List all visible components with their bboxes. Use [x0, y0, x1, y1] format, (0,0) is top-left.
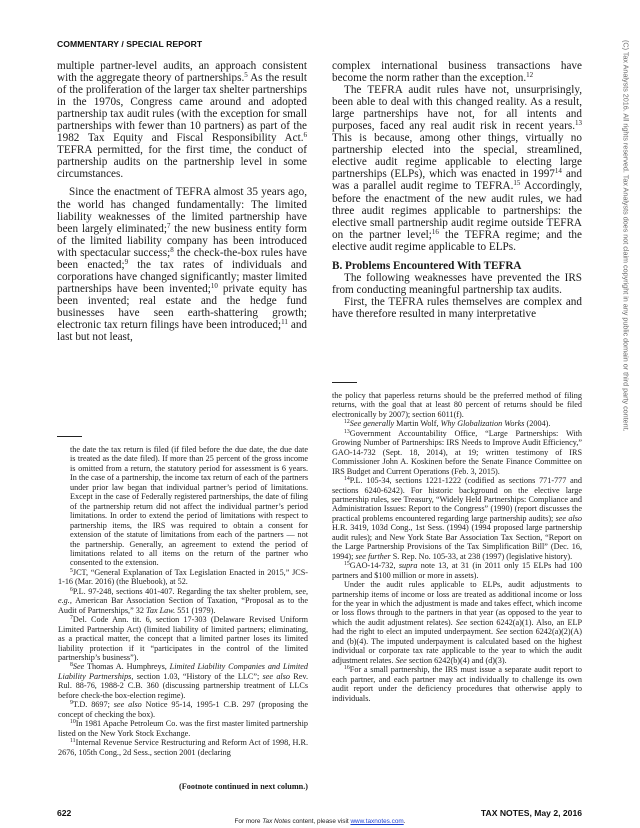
footnote-continuation: the date the tax return is filed (if fil… [70, 445, 308, 568]
footnote-15-paragraph: Under the audit rules applicable to ELPs… [332, 580, 582, 665]
right-footnotes: the policy that paperless returns should… [332, 391, 582, 703]
footnote-italic: see further [355, 552, 390, 561]
body-paragraph: First, the TEFRA rules themselves are co… [332, 296, 582, 320]
promo-text: content, please visit [291, 818, 351, 825]
footnote-text: Thomas A. Humphreys, [84, 662, 169, 671]
body-paragraph: Since the enactment of TEFRA almost 35 y… [57, 186, 307, 343]
section-heading: B. Problems Encountered With TEFRA [332, 260, 582, 272]
footnote-text: Government Accountability Office, “Large… [332, 429, 582, 476]
footnote-ref[interactable]: 6 [304, 131, 308, 139]
body-text: complex international business transacti… [332, 60, 582, 84]
footnote-text: , section 1.03, “History of the LLC”; [131, 672, 262, 681]
body-paragraph: multiple partner-level audits, an approa… [57, 60, 307, 180]
footnote-text: JCT, “General Explanation of Tax Legisla… [58, 568, 308, 586]
footnote-text: Internal Revenue Service Restructuring a… [58, 738, 308, 756]
copyright-watermark: (C) Tax Analysts 2016. All rights reserv… [622, 40, 631, 432]
footnote-italic: Tax Law. [146, 606, 175, 615]
footnote-6: 6P.L. 97-248, sections 401-407. Regardin… [58, 587, 308, 615]
footnote-ref[interactable]: 10 [211, 282, 218, 290]
footnote-continuation: the policy that paperless returns should… [332, 391, 582, 419]
footnote-italic: See [73, 662, 84, 671]
promo-text: . [404, 818, 406, 825]
footnote-13: 13Government Accountability Office, “Lar… [332, 429, 582, 476]
promo-brand: Tax Notes [262, 818, 291, 825]
footnote-italic: see also [114, 700, 142, 709]
site-promo: For more Tax Notes content, please visit… [0, 818, 640, 825]
left-column: multiple partner-level audits, an approa… [57, 60, 307, 343]
footnote-italic: supra [399, 561, 418, 570]
footnote-italic: See [496, 627, 507, 636]
footnote-italic: See [456, 618, 467, 627]
footnote-10: 10In 1981 Apache Petroleum Co. was the f… [58, 719, 308, 738]
footnote-italic: See [395, 656, 406, 665]
footnote-text: 551 (1979). [175, 606, 215, 615]
promo-text: For more [235, 818, 263, 825]
footnote-8: 8See Thomas A. Humphreys, Limited Liabil… [58, 662, 308, 700]
footnote-12: 12See generally Martin Wolf, Why Globali… [332, 419, 582, 428]
footnote-text: S. Rep. No. 105-33, at 238 (1997) (legis… [391, 552, 572, 561]
footnote-ref[interactable]: 14 [555, 167, 562, 175]
footnote-divider [332, 382, 357, 383]
page-number: 622 [57, 808, 71, 818]
document-page: COMMENTARY / SPECIAL REPORT multiple par… [0, 0, 640, 828]
footnote-italic: see also [556, 514, 582, 523]
footnote-text: For a small partnership, the IRS must is… [332, 665, 582, 702]
body-text: TEFRA per­mitted, for the first time, th… [57, 144, 307, 180]
footnote-text: GAO-14-732, [350, 561, 399, 570]
taxnotes-link[interactable]: www.taxnotes.com [350, 818, 403, 825]
footnote-ref[interactable]: 13 [575, 119, 582, 127]
footnote-16: 16For a small partnership, the IRS must … [332, 665, 582, 703]
footnote-italic: See generally [350, 419, 394, 428]
footnote-text: P.L. 97-248, sections 401-407. Regarding… [73, 587, 308, 596]
footnote-ref[interactable]: 16 [432, 228, 439, 236]
publication-date: TAX NOTES, May 2, 2016 [481, 808, 582, 818]
footnote-continued-label: (Footnote continued in next column.) [150, 782, 308, 791]
footnote-text: section 6242(b)(4) and (d)(3). [407, 656, 507, 665]
footnote-italic: Why Globalization Works [441, 419, 525, 428]
body-paragraph: complex international business transacti… [332, 60, 582, 84]
footnote-7: 7Del. Code Ann. tit. 6, section 17-303 (… [58, 615, 308, 662]
footnote-5: 5JCT, “General Explanation of Tax Legisl… [58, 568, 308, 587]
footnote-ref[interactable]: 11 [281, 318, 288, 326]
footnote-ref[interactable]: 12 [526, 71, 533, 79]
body-paragraph: The TEFRA audit rules have not, unsurpri… [332, 84, 582, 253]
left-footnotes: the date the tax return is filed (if fil… [70, 445, 308, 757]
footnote-15: 15GAO-14-732, supra note 13, at 31 (in 2… [332, 561, 582, 580]
footnote-italic: e.g. [58, 596, 70, 605]
running-head: COMMENTARY / SPECIAL REPORT [57, 39, 202, 49]
left-column-body: multiple partner-level audits, an approa… [57, 60, 307, 343]
footnote-italic: see also [263, 672, 290, 681]
footnote-text: Del. Code Ann. tit. 6, section 17-303 (D… [58, 615, 308, 662]
right-column: complex international business transacti… [332, 60, 582, 320]
right-column-body: complex international business transacti… [332, 60, 582, 320]
footnote-text: In 1981 Apache Petroleum Co. was the fir… [58, 719, 308, 737]
body-text: The TEFRA audit rules have not, unsurpri… [332, 84, 582, 132]
footnote-11: 11Internal Revenue Service Restructuring… [58, 738, 308, 757]
footnote-14: 14P.L. 105-34, sections 1221-1222 (codif… [332, 476, 582, 561]
footnote-text: P.L. 105-34, sections 1221-1222 (codifie… [332, 476, 582, 523]
footnote-text: T.D. 8697; [73, 700, 114, 709]
footnote-text: Martin Wolf, [394, 419, 441, 428]
body-text: This is because, among other things, vir… [332, 132, 582, 180]
footnote-text: (2004). [524, 419, 550, 428]
footnote-9: 9T.D. 8697; see also Notice 95-14, 1995-… [58, 700, 308, 719]
footnote-divider [57, 436, 82, 437]
body-paragraph: The following weaknesses have prevented … [332, 272, 582, 296]
